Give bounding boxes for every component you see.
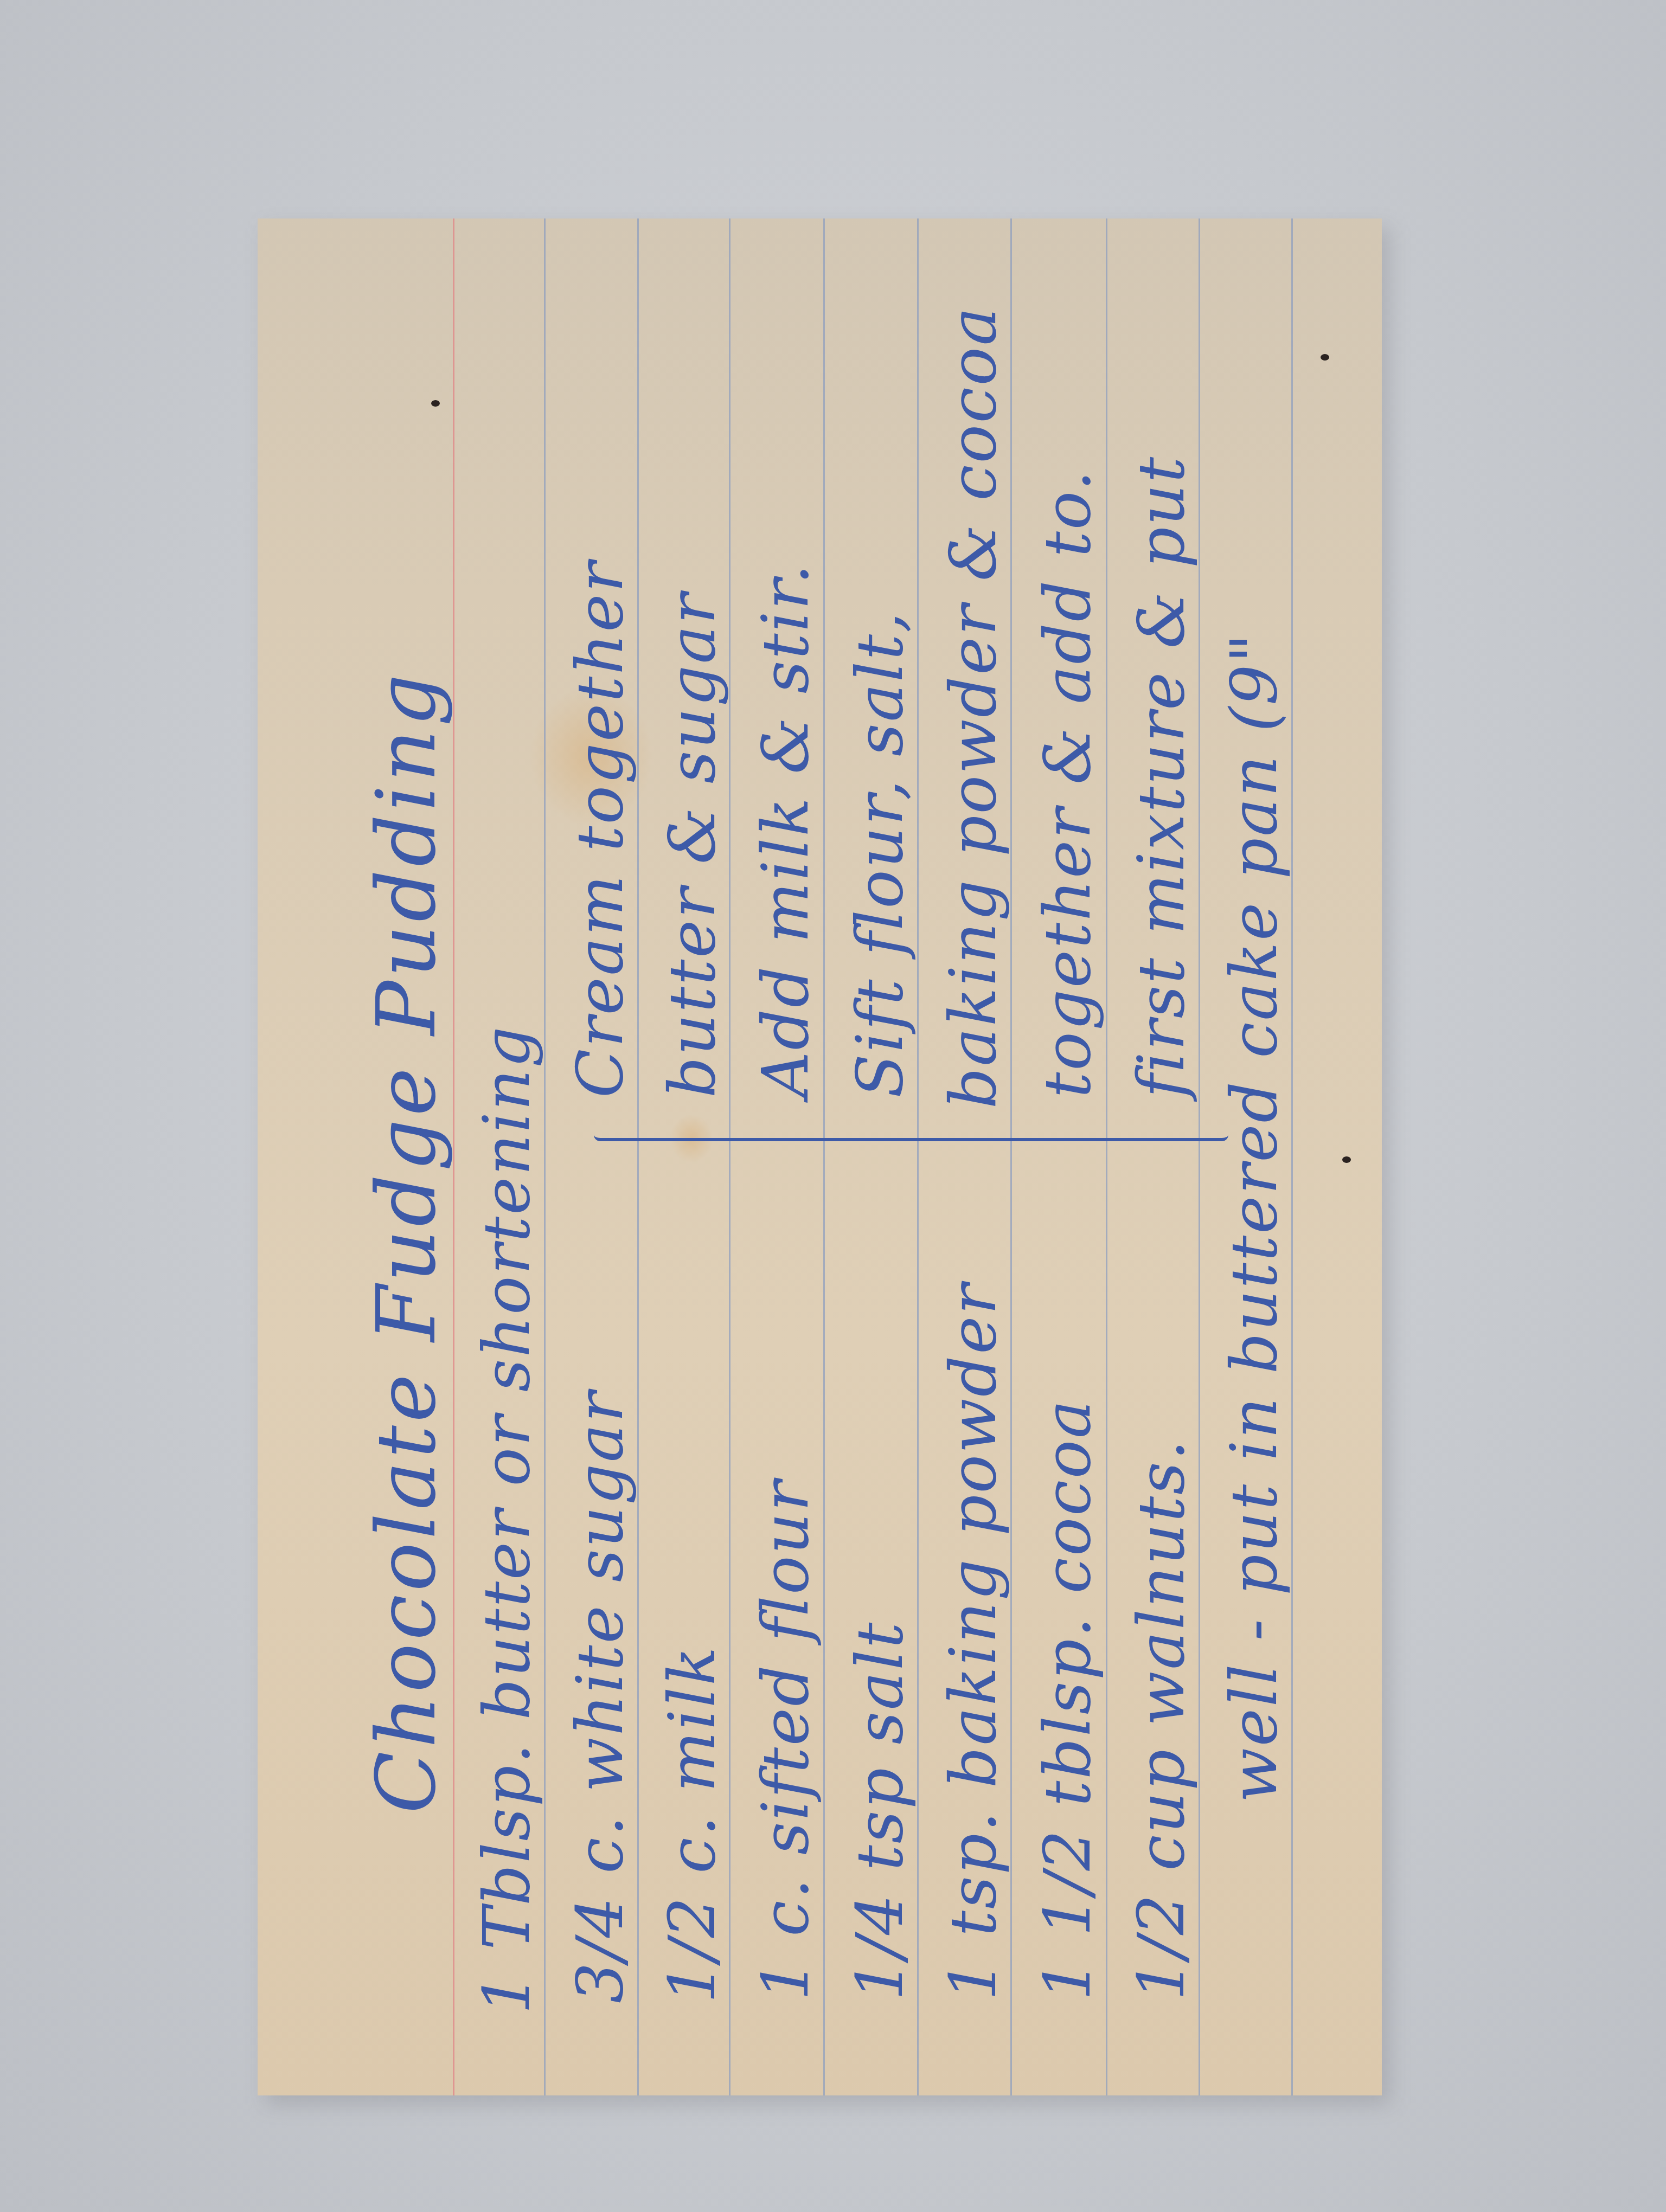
ruled-line [917,218,919,2095]
instruction-line: Cream together [568,560,632,1098]
instruction-line: Sift flour, salt, [848,610,912,1098]
ruled-line [544,218,546,2095]
ruled-line [637,218,639,2095]
ink-speck [1321,354,1329,361]
recipe-index-card: Chocolate Fudge Pudding 1 Tblsp. butter … [258,218,1382,2095]
instruction-line: baking powder & cocoa [941,306,1005,1109]
instruction-line: first mixture & put [1129,455,1193,1098]
ingredient-line: 1 tsp. baking powder [941,1282,1005,2001]
ingredient-line: 1/2 c. milk [660,1645,724,2003]
ingredient-line: 3/4 c. white sugar [568,1390,632,2003]
ingredient-line: 1 1/2 tblsp. cocoa [1035,1399,1099,2001]
ink-speck [1342,1156,1351,1163]
ingredient-line: 1 c. sifted flour [753,1479,817,2001]
ingredient-line: 1 Tblsp. butter or shortening [475,1025,539,2014]
ingredient-line: 1/2 cup walnuts. [1129,1438,1193,2001]
ruled-line [1291,218,1293,2095]
ruled-line [1010,218,1012,2095]
recipe-title: Chocolate Fudge Pudding [366,671,447,1814]
grouping-brace [594,1122,1228,1141]
final-instruction-line: well - put in buttered cake pan (9" [1222,632,1286,1803]
ingredient-line: 1/4 tsp salt [848,1621,912,2001]
ruled-line [1199,218,1200,2095]
ruled-line [1106,218,1107,2095]
instruction-line: together & add to. [1035,469,1099,1098]
ink-speck [431,400,440,407]
instruction-line: Add milk & stir. [753,563,817,1098]
ruled-line [823,218,825,2095]
instruction-line: butter & sugar [660,591,724,1098]
